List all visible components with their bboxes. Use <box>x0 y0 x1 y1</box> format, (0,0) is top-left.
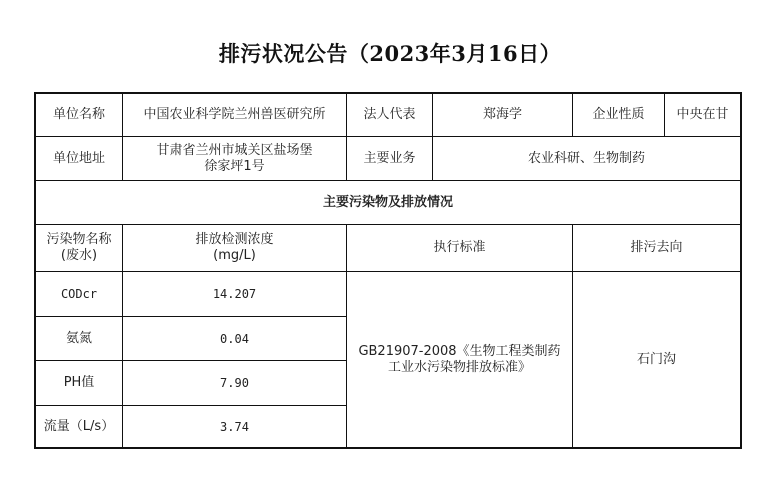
legal-rep-label: 法人代表 <box>347 94 432 136</box>
address-line-1: 甘肃省兰州市城关区盐场堡 <box>156 143 312 159</box>
address-label: 单位地址 <box>36 137 122 180</box>
pollutant-name: 流量（L/s） <box>36 406 122 447</box>
pollutant-name: PH值 <box>36 361 122 405</box>
business-value: 农业科研、生物制药 <box>433 137 740 180</box>
header-pollutant-name-line-2: (废水) <box>61 248 97 264</box>
pollutant-name: 氨氮 <box>36 317 122 360</box>
legal-rep-value: 郑海学 <box>433 94 572 136</box>
pollutant-name: CODcr <box>36 272 122 316</box>
destination-value: 石门沟 <box>573 272 740 447</box>
nature-label: 企业性质 <box>573 94 664 136</box>
unit-name-value: 中国农业科学院兰州兽医研究所 <box>123 94 346 136</box>
header-concentration: 排放检测浓度 (mg/L) <box>123 225 346 271</box>
pollution-notice-table: 单位名称 中国农业科学院兰州兽医研究所 法人代表 郑海学 企业性质 中央在甘 单… <box>34 92 742 449</box>
standard-line-1: GB21907-2008《生物工程类制药 <box>358 344 560 360</box>
address-value: 甘肃省兰州市城关区盐场堡 徐家坪1号 <box>123 137 346 180</box>
page-title: 排污状况公告（2023年3月16日） <box>0 38 780 68</box>
business-label: 主要业务 <box>347 137 432 180</box>
unit-name-label: 单位名称 <box>36 94 122 136</box>
header-pollutant-name-line-1: 污染物名称 <box>46 232 111 248</box>
header-concentration-line-2: (mg/L) <box>213 248 256 264</box>
nature-value: 中央在甘 <box>665 94 740 136</box>
header-standard: 执行标准 <box>347 225 572 271</box>
header-destination: 排污去向 <box>573 225 740 271</box>
address-line-2: 徐家坪1号 <box>204 159 264 175</box>
header-concentration-line-1: 排放检测浓度 <box>195 232 273 248</box>
pollutant-value: 3.74 <box>123 406 346 447</box>
header-pollutant-name: 污染物名称 (废水) <box>36 225 122 271</box>
pollutant-value: 14.207 <box>123 272 346 316</box>
pollutant-value: 0.04 <box>123 317 346 360</box>
standard-value: GB21907-2008《生物工程类制药 工业水污染物排放标准》 <box>347 272 572 447</box>
standard-line-2: 工业水污染物排放标准》 <box>388 360 531 376</box>
pollutant-value: 7.90 <box>123 361 346 405</box>
section-title: 主要污染物及排放情况 <box>36 181 740 224</box>
